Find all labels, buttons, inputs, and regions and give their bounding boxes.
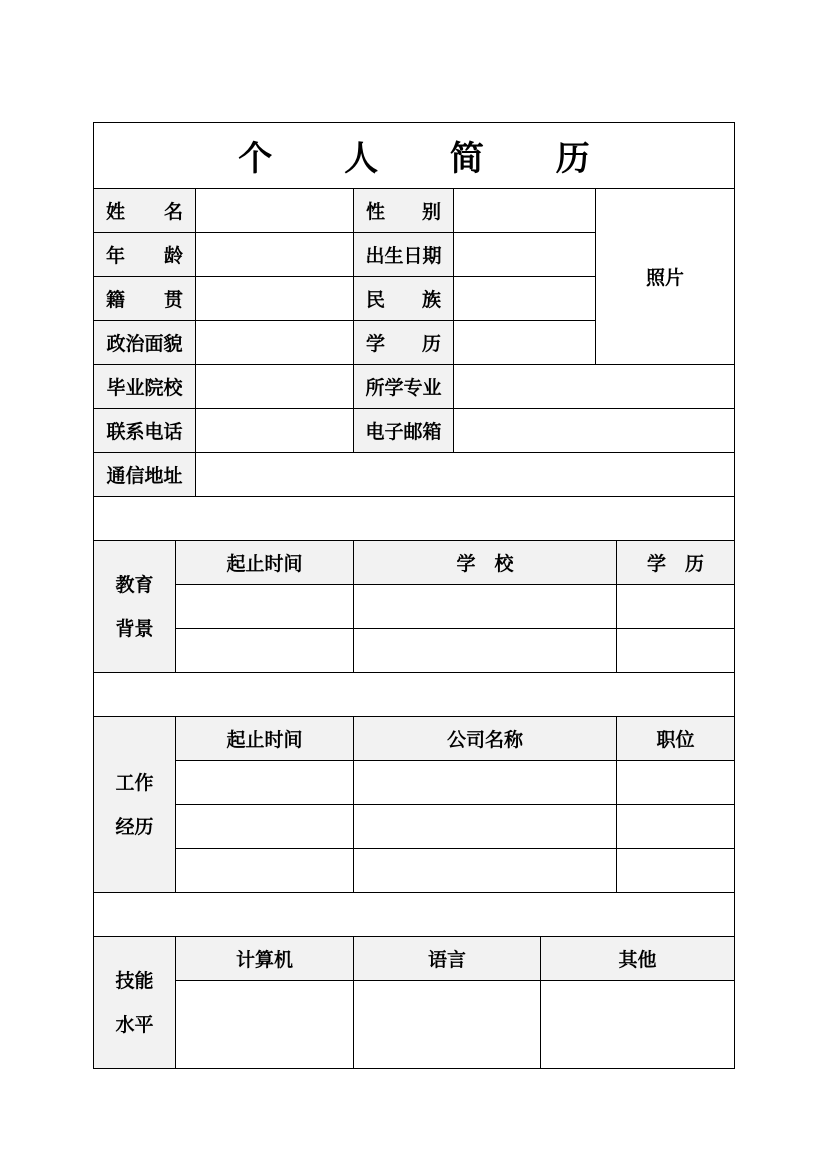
school-label: 毕业院校 [93,364,196,409]
spacer-row [93,496,735,541]
school-field[interactable] [195,364,354,409]
skills-language-field[interactable] [353,980,541,1069]
email-field[interactable] [453,408,735,453]
photo-box[interactable]: 照片 [595,188,735,365]
education-row-2-school[interactable] [353,628,617,673]
major-label: 所学专业 [353,364,454,409]
native-place-label: 籍贯 [93,276,196,321]
political-status-label: 政治面貌 [93,320,196,365]
resume-form: 个 人 简 历 姓名 性别 照片 年龄 出生日期 籍贯 民族 政治面貌 学历 毕… [93,122,735,1069]
education-row-1-degree[interactable] [616,584,735,629]
work-row-3-period[interactable] [175,848,354,893]
education-header-period: 起止时间 [175,540,354,585]
skills-header-computer: 计算机 [175,936,354,981]
skills-section-label: 技能 水平 [93,936,176,1069]
education-header-degree: 学 历 [616,540,735,585]
skills-header-other: 其他 [540,936,735,981]
spacer-row [93,672,735,717]
education-row-1-period[interactable] [175,584,354,629]
work-section-label: 工作 经历 [93,716,176,893]
address-label: 通信地址 [93,452,196,497]
work-row-1-period[interactable] [175,760,354,805]
age-field[interactable] [195,232,354,277]
work-header-company: 公司名称 [353,716,617,761]
work-row-3-company[interactable] [353,848,617,893]
major-field[interactable] [453,364,735,409]
skills-other-field[interactable] [540,980,735,1069]
name-label: 姓名 [93,188,196,233]
work-row-1-company[interactable] [353,760,617,805]
age-label: 年龄 [93,232,196,277]
address-field[interactable] [195,452,735,497]
education-level-field[interactable] [453,320,596,365]
work-row-2-company[interactable] [353,804,617,849]
political-status-field[interactable] [195,320,354,365]
birth-field[interactable] [453,232,596,277]
birth-label: 出生日期 [353,232,454,277]
work-row-3-position[interactable] [616,848,735,893]
phone-field[interactable] [195,408,354,453]
work-row-2-position[interactable] [616,804,735,849]
spacer-row [93,892,735,937]
page-title: 个 人 简 历 [93,122,735,189]
skills-header-language: 语言 [353,936,541,981]
work-row-1-position[interactable] [616,760,735,805]
phone-label: 联系电话 [93,408,196,453]
gender-label: 性别 [353,188,454,233]
work-header-position: 职位 [616,716,735,761]
native-place-field[interactable] [195,276,354,321]
work-header-period: 起止时间 [175,716,354,761]
ethnicity-label: 民族 [353,276,454,321]
ethnicity-field[interactable] [453,276,596,321]
education-row-2-degree[interactable] [616,628,735,673]
work-row-2-period[interactable] [175,804,354,849]
skills-computer-field[interactable] [175,980,354,1069]
education-level-label: 学历 [353,320,454,365]
name-field[interactable] [195,188,354,233]
education-header-school: 学 校 [353,540,617,585]
gender-field[interactable] [453,188,596,233]
education-row-2-period[interactable] [175,628,354,673]
email-label: 电子邮箱 [353,408,454,453]
education-section-label: 教育 背景 [93,540,176,673]
education-row-1-school[interactable] [353,584,617,629]
